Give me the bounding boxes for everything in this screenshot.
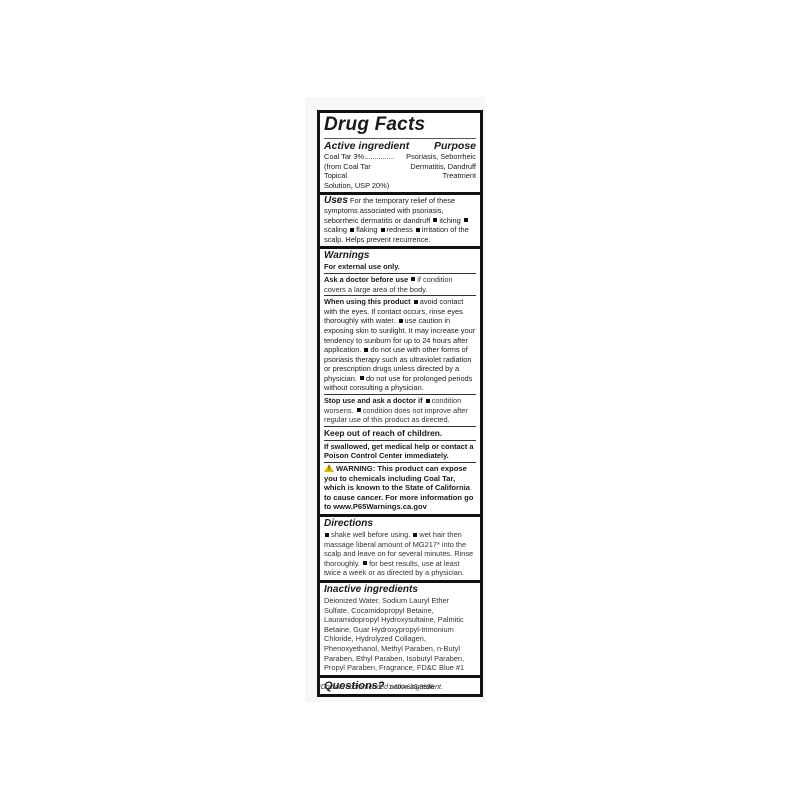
bullet-icon	[411, 277, 415, 281]
uses-title: Uses	[324, 195, 348, 206]
warnings-title: Warnings	[324, 250, 476, 262]
uses-item: itching	[439, 216, 460, 225]
divider	[324, 273, 476, 274]
bullet-icon	[360, 376, 364, 380]
ask-doctor-label: Ask a doctor before use	[324, 275, 408, 284]
ingredient-line: (from Coal Tar Topical	[324, 162, 392, 181]
divider	[324, 138, 476, 139]
purpose-line: Dermatitis, Dandruff	[400, 162, 476, 172]
ingredient-line: Coal Tar 3%...............	[324, 152, 394, 162]
section-divider	[320, 675, 480, 678]
bullet-icon	[364, 348, 368, 352]
bullet-icon	[413, 533, 417, 537]
footnote: *Doctor recommended active ingredient.	[318, 684, 478, 691]
directions-section: shake well before using. wet hair then m…	[324, 530, 476, 578]
when-using-label: When using this product	[324, 297, 411, 306]
divider	[324, 440, 476, 441]
inactive-ingredients-title: Inactive ingredients	[324, 584, 476, 596]
active-ingredient-purpose: Psoriasis, Seborrheic Dermatitis, Dandru…	[400, 152, 476, 190]
bullet-icon	[433, 218, 437, 222]
drug-facts-title: Drug Facts	[324, 114, 476, 136]
active-ingredient-heading: Active ingredient	[324, 140, 409, 152]
bullet-icon	[363, 561, 367, 565]
bullet-icon	[464, 218, 468, 222]
bullet-icon	[357, 408, 361, 412]
uses-item: flaking	[356, 225, 377, 234]
keep-out-of-reach: Keep out of reach of children.	[324, 428, 476, 439]
bullet-icon	[381, 228, 385, 232]
when-using-section: When using this product avoid contact wi…	[324, 297, 476, 393]
ask-doctor-section: Ask a doctor before use if condition cov…	[324, 275, 476, 294]
divider	[324, 462, 476, 463]
prop65-text: WARNING: This product can expose you to …	[324, 464, 473, 511]
active-ingredient-header-row: Active ingredient Purpose	[324, 140, 476, 152]
prop65-warning: !WARNING: This product can expose you to…	[324, 464, 476, 512]
inactive-ingredients-text: Deionized Water, Sodium Lauryl Ether Sul…	[324, 596, 476, 673]
bullet-icon	[325, 533, 329, 537]
section-divider	[320, 580, 480, 583]
bullet-icon	[399, 319, 403, 323]
stop-use-section: Stop use and ask a doctor if condition w…	[324, 396, 476, 425]
bullet-icon	[426, 399, 430, 403]
purpose-line: Psoriasis, Seborrheic	[400, 152, 476, 162]
ingredient-line: Solution, USP 20%)	[324, 181, 392, 191]
uses-item: redness	[387, 225, 413, 234]
purpose-heading: Purpose	[434, 140, 476, 152]
section-divider	[320, 246, 480, 249]
active-ingredient-name: Coal Tar 3%............... (from Coal Ta…	[324, 152, 392, 190]
uses-section: Uses For the temporary relief of these s…	[324, 196, 476, 244]
bullet-icon	[416, 228, 420, 232]
section-divider	[320, 514, 480, 517]
active-ingredient-row: Coal Tar 3%............... (from Coal Ta…	[324, 152, 476, 190]
external-use-warning: For external use only.	[324, 262, 476, 272]
divider	[324, 295, 476, 296]
purpose-line: Treatment	[400, 171, 476, 181]
uses-outro: Helps prevent recurrence.	[345, 235, 430, 244]
divider	[324, 394, 476, 395]
divider	[324, 426, 476, 427]
bullet-icon	[414, 300, 418, 304]
stop-use-label: Stop use and ask a doctor if	[324, 396, 423, 405]
uses-item: scaling	[324, 225, 347, 234]
directions-item: shake well before using.	[331, 530, 410, 539]
directions-title: Directions	[324, 518, 476, 530]
if-swallowed: If swallowed, get medical help or contac…	[324, 442, 476, 461]
drug-facts-panel: Drug Facts Active ingredient Purpose Coa…	[317, 110, 483, 697]
warning-triangle-icon: !	[324, 464, 334, 472]
bullet-icon	[350, 228, 354, 232]
